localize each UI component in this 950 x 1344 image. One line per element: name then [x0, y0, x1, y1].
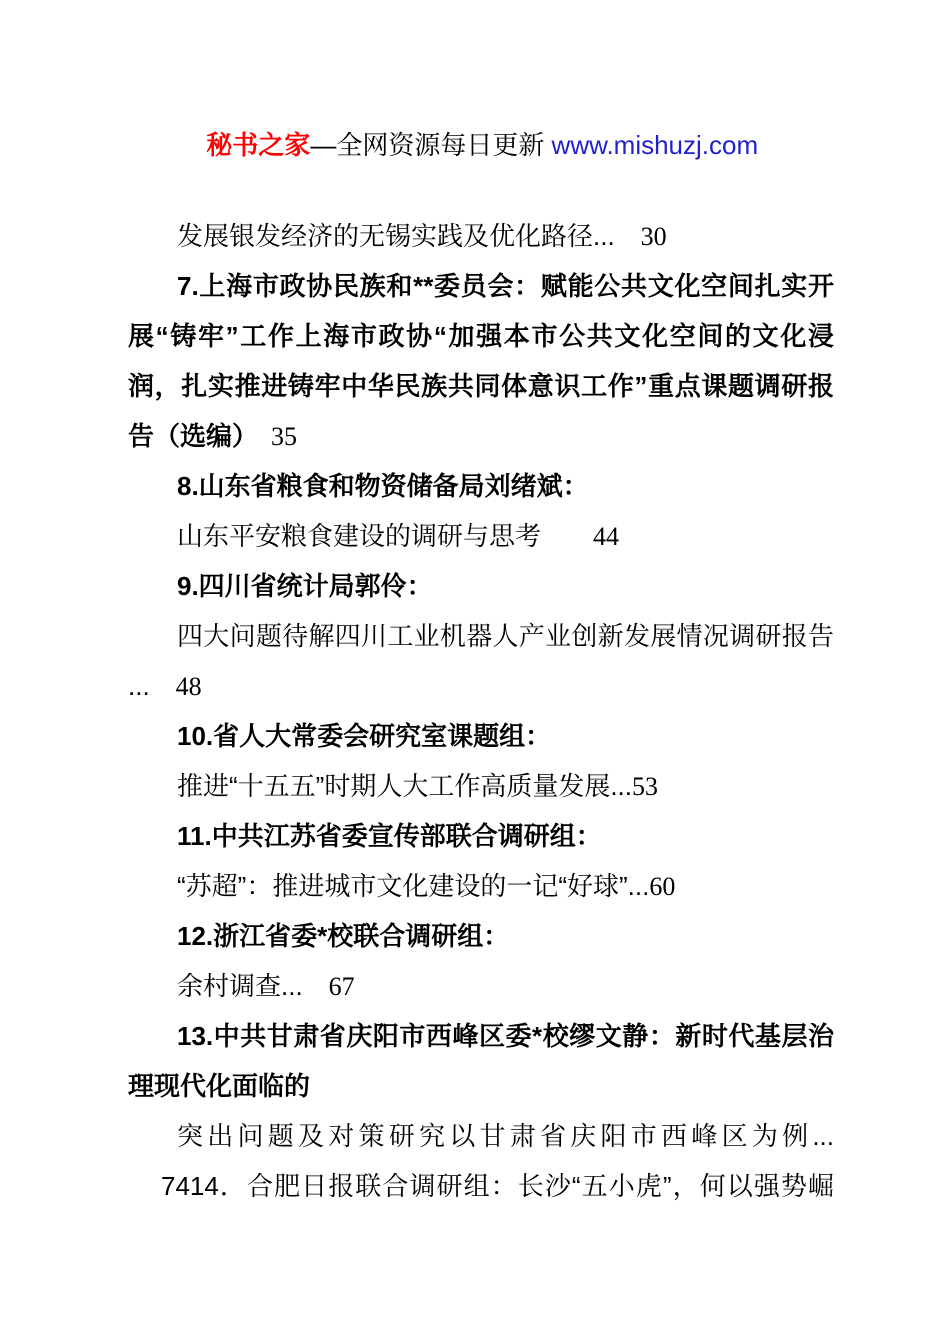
toc-line: 突出问题及对策研究以甘肃省庆阳市西峰区为例...	[128, 1111, 834, 1161]
toc-line: 13.中共甘肃省庆阳市西峰区委*校缪文静：新时代基层治	[128, 1011, 834, 1061]
toc-line: 山东平安粮食建设的调研与思考 44	[128, 511, 834, 561]
page-number: 60	[649, 872, 675, 901]
toc: 发展银发经济的无锡实践及优化路径... 30 7.上海市政协民族和**委员会：赋…	[128, 211, 834, 1211]
toc-line: 发展银发经济的无锡实践及优化路径... 30	[128, 211, 834, 261]
toc-line-text: 四大问题待解四川工业机器人产业创新发展情况调研报告	[177, 621, 834, 651]
site-header: 秘书之家—全网资源每日更新 www.mishuzj.com	[0, 88, 950, 164]
toc-line-text: 理现代化面临的	[128, 1071, 310, 1101]
page-number: 53	[632, 772, 658, 801]
toc-line: 10.省人大常委会研究室课题组：	[128, 711, 834, 761]
toc-line: 四大问题待解四川工业机器人产业创新发展情况调研报告	[128, 611, 834, 661]
page-number: 35	[245, 422, 297, 451]
site-tagline: —全网资源每日更新	[310, 130, 551, 160]
toc-line-text: 突出问题及对策研究以甘肃省庆阳市西峰区为例...	[177, 1121, 834, 1151]
toc-line-text: 7.上海市政协民族和**委员会：赋能公共文化空间扎实开	[177, 271, 834, 301]
toc-line: 理现代化面临的	[128, 1061, 834, 1111]
toc-line-text: 发展银发经济的无锡实践及优化路径...	[177, 221, 615, 251]
toc-line: 11.中共江苏省委宣传部联合调研组：	[128, 811, 834, 861]
toc-line-text: 8.山东省粮食和物资储备局刘绪斌：	[177, 471, 589, 501]
site-url-link[interactable]: www.mishuzj.com	[552, 130, 759, 160]
toc-line-text: 11.中共江苏省委宣传部联合调研组：	[177, 821, 602, 851]
toc-line: 告（选编） 35	[128, 411, 834, 461]
toc-line-text: “苏超”：推进城市文化建设的一记“好球”...	[177, 871, 649, 901]
toc-line: 展“铸牢”工作上海市政协“加强本市公共文化空间的文化浸	[128, 311, 834, 361]
toc-line-text: 告（选编）	[128, 421, 245, 451]
toc-line: ... 48	[128, 661, 834, 711]
toc-line: 7.上海市政协民族和**委员会：赋能公共文化空间扎实开	[128, 261, 834, 311]
toc-line-text: 余村调查...	[177, 971, 303, 1001]
toc-line: 9.四川省统计局郭伶：	[128, 561, 834, 611]
toc-line: 7414．合肥日报联合调研组：长沙“五小虎”，何以强势崛	[128, 1161, 834, 1211]
toc-line: “苏超”：推进城市文化建设的一记“好球”...60	[128, 861, 834, 911]
toc-line-text: 13.中共甘肃省庆阳市西峰区委*校缪文静：新时代基层治	[177, 1021, 834, 1051]
toc-line-text: 7414．合肥日报联合调研组：长沙“五小虎”，何以强势崛	[161, 1171, 834, 1201]
toc-line: 润，扎实推进铸牢中华民族共同体意识工作”重点课题调研报	[128, 361, 834, 411]
page-number: 67	[303, 972, 355, 1001]
toc-line-text: 润，扎实推进铸牢中华民族共同体意识工作”重点课题调研报	[128, 371, 834, 401]
toc-line-text: 9.四川省统计局郭伶：	[177, 571, 433, 601]
toc-line-text: 推进“十五五”时期人大工作高质量发展...	[177, 771, 632, 801]
page-number: 44	[541, 522, 619, 551]
toc-line: 12.浙江省委*校联合调研组：	[128, 911, 834, 961]
toc-line-text: 展“铸牢”工作上海市政协“加强本市公共文化空间的文化浸	[128, 321, 834, 351]
toc-line: 8.山东省粮食和物资储备局刘绪斌：	[128, 461, 834, 511]
page-number: 48	[150, 672, 202, 701]
toc-line: 推进“十五五”时期人大工作高质量发展...53	[128, 761, 834, 811]
site-brand: 秘书之家	[206, 130, 310, 160]
toc-line: 余村调查... 67	[128, 961, 834, 1011]
page-number: 30	[615, 222, 667, 251]
toc-line-text: 12.浙江省委*校联合调研组：	[177, 921, 509, 951]
toc-line-text: 10.省人大常委会研究室课题组：	[177, 721, 551, 751]
toc-line-text: ...	[128, 671, 150, 701]
toc-line-text: 山东平安粮食建设的调研与思考	[177, 521, 541, 551]
